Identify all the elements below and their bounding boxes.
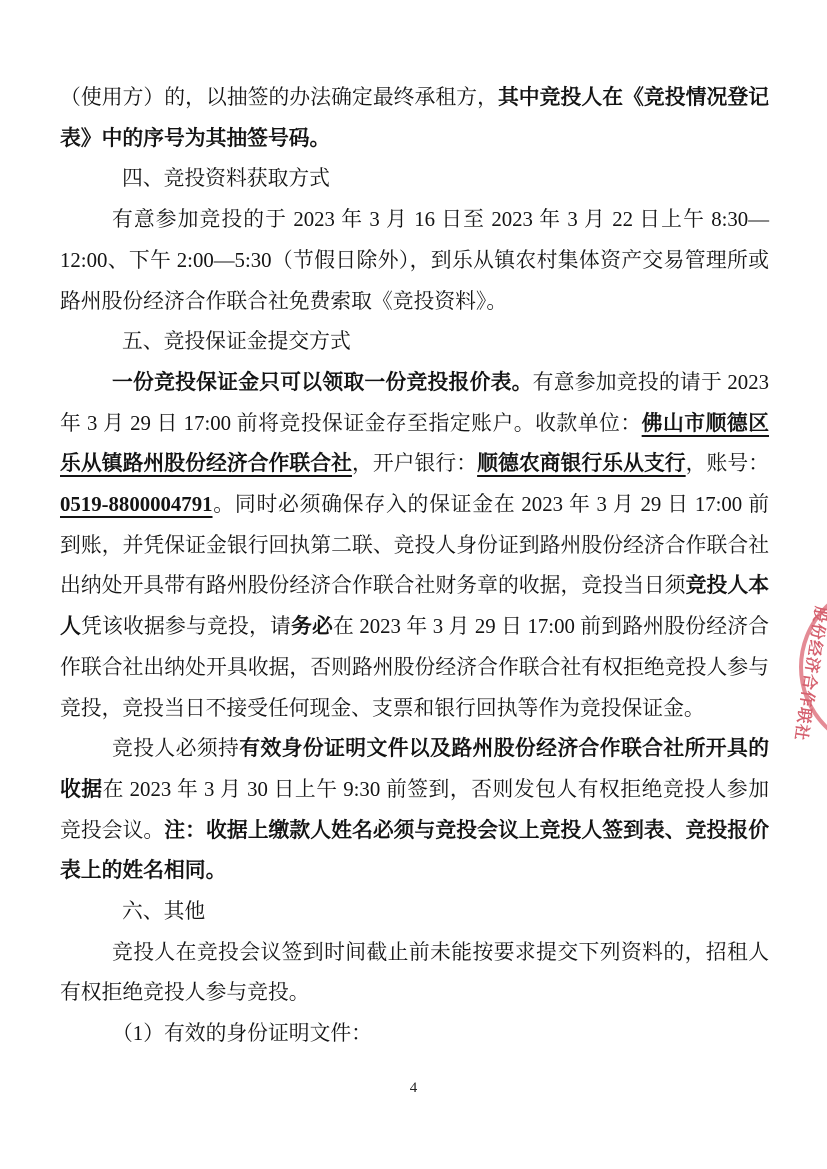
text-run: 顺德农商银行乐从支行 [477,452,686,475]
text-run: ，开户银行： [352,452,477,475]
paragraph: 六、其他 [60,892,769,933]
text-run: 有意参加竞投的于 2023 年 3 月 16 日至 2023 年 3 月 22 … [60,208,769,312]
seal-circle-border [799,581,827,753]
paragraph: 竞投人必须持有效身份证明文件以及路州股份经济合作联合社所开具的收据在 2023 … [60,729,769,892]
paragraph: 四、竞投资料获取方式 [60,159,769,200]
text-run: 六、其他 [122,900,205,923]
seal-text: 股份经济合作联社 [791,605,827,737]
document-body: （使用方）的，以抽签的办法确定最终承租方，其中竞投人在《竞投情况登记表》中的序号… [60,78,769,1055]
text-run: （1）有效的身份证明文件： [112,1022,372,1045]
page-number: 4 [0,1080,827,1097]
paragraph: 竞投人在竞投会议签到时间截止前未能按要求提交下列资料的，招租人有权拒绝竞投人参与… [60,933,769,1014]
text-run: ，账号： [686,452,769,475]
text-run: 竞投人必须持 [112,737,239,760]
paragraph: 一份竞投保证金只可以领取一份竞投报价表。有意参加竞投的请于 2023 年 3 月… [60,363,769,729]
paragraph: （使用方）的，以抽签的办法确定最终承租方，其中竞投人在《竞投情况登记表》中的序号… [60,78,769,159]
paragraph: （1）有效的身份证明文件： [60,1014,769,1055]
text-run: 五、竞投保证金提交方式 [122,330,351,353]
paragraph: 有意参加竞投的于 2023 年 3 月 16 日至 2023 年 3 月 22 … [60,200,769,322]
text-run: 竞投人在竞投会议签到时间截止前未能按要求提交下列资料的，招租人有权拒绝竞投人参与… [60,941,769,1005]
document-page: （使用方）的，以抽签的办法确定最终承租方，其中竞投人在《竞投情况登记表》中的序号… [0,0,827,1169]
text-run: 务必 [291,615,333,638]
paragraph: 五、竞投保证金提交方式 [60,322,769,363]
text-run: 四、竞投资料获取方式 [122,167,330,190]
text-run: 0519-8800004791 [60,493,213,516]
text-run: （使用方）的，以抽签的办法确定最终承租方， [60,86,498,109]
text-run: 凭该收据参与竞投，请 [81,615,291,638]
text-run: 注：收据上缴款人姓名必须与竞投会议上竞投人签到表、竞投报价表上的姓名相同。 [60,819,769,883]
text-run: 一份竞投保证金只可以领取一份竞投报价表。 [112,371,533,394]
